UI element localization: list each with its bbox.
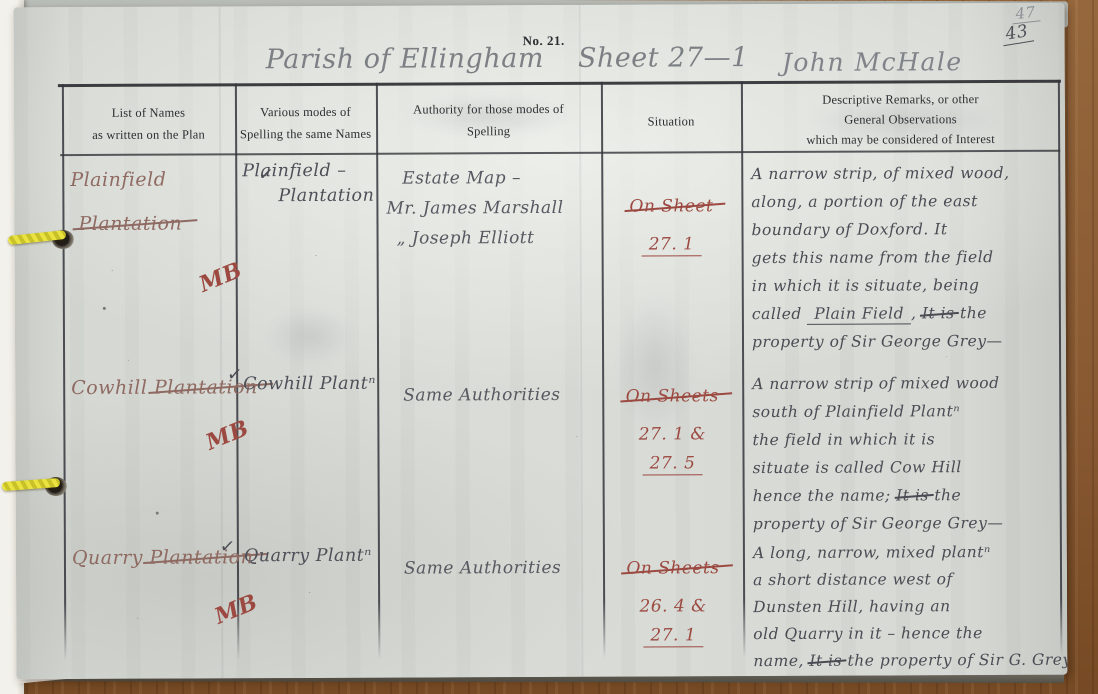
- remarks-cell: A long, narrow, mixed plantⁿa short dist…: [753, 539, 1060, 675]
- handwritten-line: On Sheets: [603, 554, 743, 584]
- handwritten-line: property of Sir George Grey—: [752, 327, 1058, 356]
- handwritten-line: Quarry Plantation: [72, 546, 234, 569]
- handwritten-line: a short distance west of: [753, 566, 1059, 594]
- text-segment: the property of Sir G. Grey: [842, 651, 1067, 670]
- text-segment: property of Sir George Grey—: [752, 332, 1003, 351]
- underline-text: 27. 1: [642, 234, 702, 256]
- text-segment: the field in which it is: [752, 430, 935, 449]
- spelling-cell: Quarry Plantⁿ: [244, 546, 376, 567]
- strike-text: It is: [922, 304, 955, 322]
- handwritten-line: On Sheet: [601, 192, 741, 222]
- strike-text: On Sheets: [626, 558, 719, 578]
- handwritten-line: Same Authorities: [404, 553, 601, 584]
- surveyor-signature: John McHale: [782, 47, 963, 77]
- column-header: Authority for those modes ofSpelling: [376, 89, 601, 143]
- handwritten-line: called Plain Field, It is the: [752, 299, 1058, 328]
- text-segment: A long, narrow, mixed plantⁿ: [753, 543, 991, 562]
- underline-text: 27. 5: [643, 453, 703, 475]
- text-segment: Estate Map –: [402, 168, 521, 189]
- handwritten-line: which may be considered of Interest: [741, 129, 1060, 150]
- handwritten-line: Plantation: [78, 212, 232, 235]
- handwritten-line: 26. 4 &: [603, 592, 743, 622]
- handwritten-line: Authority for those modes of: [376, 98, 601, 121]
- text-segment: ,: [911, 304, 922, 322]
- text-segment: Spelling the same Names: [240, 127, 371, 142]
- text-segment: Descriptive Remarks, or other: [822, 92, 979, 107]
- column-line: [376, 83, 381, 660]
- text-segment: A narrow strip, of mixed wood,: [751, 164, 1009, 183]
- text-segment: Authority for those modes of: [413, 102, 564, 117]
- underline-text: 27. 1: [643, 625, 703, 647]
- handwritten-line: hence the name; It is the: [753, 481, 1059, 510]
- handwritten-line: Same Authorities: [403, 380, 600, 411]
- page-title-parish: Parish of Ellingham: [266, 43, 544, 75]
- strike-text: On Sheets: [626, 386, 719, 406]
- text-segment: Quarry Plantⁿ: [244, 546, 372, 567]
- text-segment: called: [752, 305, 807, 323]
- handwritten-line: the field in which it is: [752, 425, 1058, 454]
- page-title-sheet: Sheet 27—1: [578, 42, 749, 74]
- table-top-border: [58, 80, 1061, 87]
- text-segment: Quarry: [72, 547, 150, 569]
- handwritten-line: Quarry Plantⁿ: [244, 546, 376, 567]
- handwritten-line: along, a portion of the east: [751, 187, 1057, 216]
- handwritten-line: 27. 5: [602, 449, 742, 479]
- handwritten-line: A long, narrow, mixed plantⁿ: [753, 539, 1059, 567]
- handwritten-line: Various modes of: [235, 101, 376, 124]
- text-segment: property of Sir George Grey—: [753, 514, 1004, 533]
- name-cell: ✓Quarry PlantationMB: [72, 546, 234, 569]
- header-underline: [60, 150, 1060, 156]
- handwritten-line: name, It is the property of Sir G. Grey: [753, 647, 1059, 675]
- examiner-monogram: MB: [202, 415, 253, 456]
- authority-cell: Same Authorities: [387, 380, 600, 411]
- folio-number-ink: 43: [1000, 21, 1034, 47]
- handwritten-line: Dunsten Hill, having an: [753, 593, 1059, 621]
- desk-background: { "document": { "folio_pencil": "47", "f…: [0, 0, 1098, 694]
- remarks-cell: A narrow strip, of mixed wood,along, a p…: [751, 159, 1058, 356]
- text-segment: boundary of Doxford. It: [751, 220, 947, 239]
- text-segment: name,: [753, 652, 809, 670]
- handwritten-line: Mr. James Marshall: [386, 193, 599, 224]
- handwritten-line: Situation: [601, 110, 741, 133]
- authority-cell: Estate Map –Mr. James Marshall„ Joseph E…: [386, 163, 599, 254]
- situation-cell: On Sheets26. 4 &27. 1: [603, 554, 743, 651]
- handwritten-line: „ Joseph Elliott: [396, 223, 599, 254]
- handwritten-line: Spelling: [376, 120, 601, 143]
- handwritten-line: gets this name from the field: [752, 243, 1058, 272]
- text-segment: gets this name from the field: [752, 248, 994, 267]
- text-segment: General Observations: [844, 112, 957, 126]
- examiner-monogram: MB: [211, 589, 262, 630]
- spelling-cell: Plainfield –Plantation: [242, 161, 374, 207]
- name-book-page: 47 43 No. 21. Parish of EllinghamSheet 2…: [14, 3, 1068, 680]
- handwritten-line: 27. 1: [602, 230, 742, 260]
- ink-bleedthrough-smudge: [265, 306, 355, 366]
- name-cell: ✓Cowhill PlantationMB: [71, 376, 233, 399]
- text-segment: along, a portion of the east: [751, 192, 978, 211]
- text-segment: the: [955, 304, 987, 322]
- handwritten-line: General Observations: [741, 109, 1060, 130]
- text-segment: Cowhill: [71, 377, 154, 399]
- text-segment: Plainfield –: [242, 161, 346, 181]
- strike-text: It is: [896, 486, 929, 504]
- column-header: Situation: [601, 88, 741, 133]
- handwritten-line: 27. 1 &: [602, 420, 742, 450]
- handwritten-line: property of Sir George Grey—: [753, 509, 1059, 538]
- handwritten-line: Estate Map –: [402, 163, 599, 194]
- handwritten-line: south of Plainfield Plantⁿ: [752, 397, 1058, 426]
- text-segment: Mr. James Marshall: [386, 198, 563, 219]
- situation-cell: On Sheet27. 1: [601, 192, 741, 260]
- page-title: Parish of EllinghamSheet 27—1: [266, 42, 749, 75]
- strike-text: On Sheet: [629, 196, 713, 216]
- text-segment: 26. 4 &: [639, 596, 706, 616]
- text-segment: „ Joseph Elliott: [397, 228, 535, 249]
- handwritten-line: situate is called Cow Hill: [752, 453, 1058, 482]
- remarks-cell: A narrow strip of mixed woodsouth of Pla…: [752, 369, 1059, 538]
- text-segment: hence the name;: [753, 486, 897, 505]
- text-segment: south of Plainfield Plantⁿ: [752, 402, 960, 421]
- handwritten-line: Descriptive Remarks, or other: [741, 89, 1060, 110]
- column-header: Descriptive Remarks, or otherGeneral Obs…: [741, 87, 1060, 150]
- strike-text: It is: [809, 652, 842, 670]
- text-segment: Dunsten Hill, having an: [753, 597, 950, 616]
- text-segment: A narrow strip of mixed wood: [752, 374, 999, 393]
- handwritten-line: A narrow strip, of mixed wood,: [751, 159, 1057, 188]
- underline-text: Plain Field: [807, 304, 911, 324]
- text-segment: Plainfield: [70, 169, 166, 191]
- handwritten-line: List of Names: [62, 101, 235, 124]
- text-segment: situate is called Cow Hill: [753, 458, 962, 477]
- strike-text: Plantation: [149, 546, 253, 568]
- handwritten-line: 27. 1: [603, 621, 743, 651]
- paper-specks: [14, 7, 17, 10]
- handwritten-line: Cowhill Plantation: [71, 376, 233, 399]
- text-segment: Spelling: [467, 124, 510, 138]
- handwritten-line: Plainfield –: [242, 161, 374, 182]
- text-segment: Same Authorities: [404, 558, 561, 579]
- text-segment: List of Names: [112, 106, 185, 120]
- column-header: List of Namesas written on the Plan: [62, 90, 235, 146]
- text-segment: which may be considered of Interest: [806, 132, 995, 147]
- authority-cell: Same Authorities: [388, 553, 601, 584]
- text-segment: as written on the Plan: [92, 127, 205, 141]
- handwritten-line: Plantation: [278, 186, 374, 206]
- column-line: [62, 84, 67, 661]
- text-segment: 27. 1 &: [639, 424, 706, 444]
- text-segment: Situation: [648, 114, 695, 128]
- spelling-cell: Cowhill Plantⁿ: [243, 374, 375, 395]
- text-segment: old Quarry in it – hence the: [753, 624, 983, 643]
- handwritten-line: old Quarry in it – hence the: [753, 620, 1059, 648]
- situation-cell: On Sheets27. 1 &27. 5: [602, 382, 742, 479]
- handwritten-line: Spelling the same Names: [235, 123, 376, 146]
- handwritten-line: as written on the Plan: [62, 123, 235, 146]
- strike-text: Plantation: [78, 213, 182, 235]
- handwritten-line: in which it is situate, being: [752, 271, 1058, 300]
- text-segment: a short distance west of: [753, 570, 953, 589]
- text-segment: Plantation: [278, 186, 374, 206]
- handwritten-line: boundary of Doxford. It: [751, 215, 1057, 244]
- text-segment: Same Authorities: [403, 385, 560, 406]
- name-cell: ✓PlainfieldPlantationMB: [70, 168, 232, 235]
- column-header: Various modes ofSpelling the same Names: [235, 90, 376, 146]
- text-segment: Cowhill Plantⁿ: [243, 374, 376, 395]
- handwritten-line: On Sheets: [602, 382, 742, 412]
- text-segment: Various modes of: [260, 105, 351, 119]
- text-segment: in which it is situate, being: [752, 276, 980, 295]
- handwritten-line: Plainfield: [70, 168, 232, 191]
- handwritten-line: Cowhill Plantⁿ: [243, 374, 375, 395]
- handwritten-line: A narrow strip of mixed wood: [752, 369, 1058, 398]
